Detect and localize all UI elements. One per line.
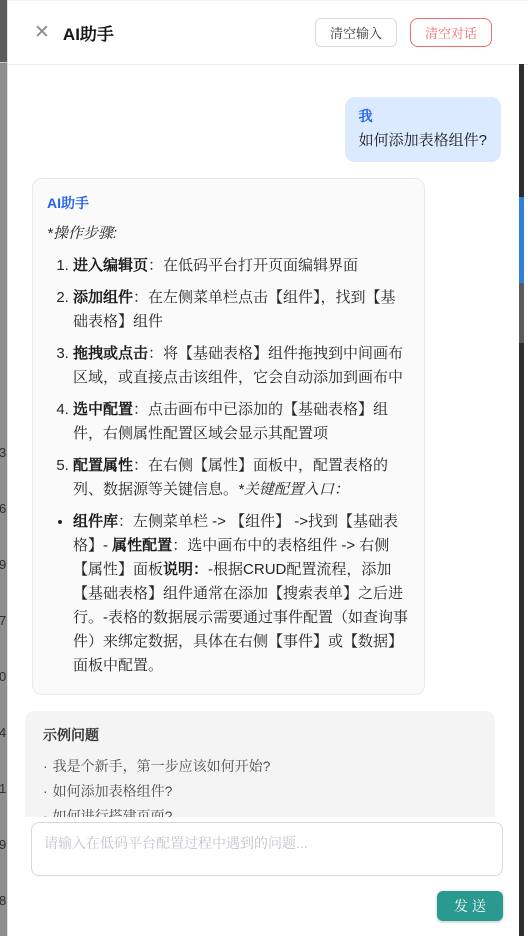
clipped-row-digit: 4 xyxy=(0,726,7,740)
ai-assistant-drawer: ✕ AI助手 清空输入 清空对话 我 如何添加表格组件? AI助手 *操作步骤:… xyxy=(7,0,528,936)
assistant-steps-list: 进入编辑页：在低码平台打开页面编辑界面 添加组件：在左侧菜单栏点击【组件】，找到… xyxy=(47,254,410,502)
step-item: 配置属性：在右侧【属性】面板中，配置表格的列、数据源等关键信息。*关键配置入口： xyxy=(73,454,410,502)
clear-conversation-button[interactable]: 清空对话 xyxy=(410,18,492,47)
example-questions-card: 示例问题 ·我是个新手，第一步应该如何开始? ·如何添加表格组件? ·如何进行搭… xyxy=(25,711,495,817)
example-bullet: · xyxy=(43,808,48,817)
example-question[interactable]: ·我是个新手，第一步应该如何开始? xyxy=(43,757,477,776)
close-icon[interactable]: ✕ xyxy=(34,23,50,42)
underlying-page-left-strip: 3 6 9 7 0 4 1 9 8 xyxy=(0,0,7,936)
example-questions-title: 示例问题 xyxy=(43,725,477,745)
send-row: 发 送 xyxy=(31,891,503,921)
user-message-text: 如何添加表格组件? xyxy=(359,131,487,151)
example-question[interactable]: ·如何添加表格组件? xyxy=(43,782,477,801)
clear-input-button[interactable]: 清空输入 xyxy=(315,18,397,47)
chat-scrollbar[interactable] xyxy=(519,64,524,936)
step-title: 添加组件 xyxy=(73,289,133,306)
composer: 发 送 xyxy=(8,817,528,936)
clipped-row-digit: 6 xyxy=(0,502,7,516)
example-question-text: 我是个新手，第一步应该如何开始? xyxy=(53,758,271,774)
drawer-title: AI助手 xyxy=(63,20,114,45)
header-buttons: 清空输入 清空对话 xyxy=(315,18,492,47)
clipped-row-digit: 0 xyxy=(0,670,7,684)
step-item: 添加组件：在左侧菜单栏点击【组件】，找到【基础表格】组件 xyxy=(73,286,410,334)
example-question-text: 如何进行搭建页面? xyxy=(53,808,173,817)
run-bold: 组件库 xyxy=(73,513,118,530)
example-bullet: · xyxy=(43,758,48,774)
step-item: 拖拽或点击：将【基础表格】组件拖拽到中间画布区域，或直接点击该组件，它会自动添加… xyxy=(73,342,410,390)
clipped-row-digit: 9 xyxy=(0,838,7,852)
step-title: 选中配置 xyxy=(73,401,133,418)
user-message-bubble: 我 如何添加表格组件? xyxy=(345,97,501,162)
chat-message-list[interactable]: 我 如何添加表格组件? AI助手 *操作步骤: 进入编辑页：在低码平台打开页面编… xyxy=(8,65,528,817)
clipped-row-digit: 1 xyxy=(0,782,7,796)
assistant-bullet-list: 组件库：左侧菜单栏 -> 【组件】 ->找到【基础表格】- 属性配置：选中画布中… xyxy=(47,510,410,678)
step-title: 配置属性 xyxy=(73,457,133,474)
clipped-row-digit: 3 xyxy=(0,446,7,460)
example-question-text: 如何添加表格组件? xyxy=(53,783,173,799)
clipped-row-digit: 7 xyxy=(0,614,7,628)
clipped-row-digit: 8 xyxy=(0,894,7,908)
step-item: 进入编辑页：在低码平台打开页面编辑界面 xyxy=(73,254,410,278)
example-question[interactable]: ·如何进行搭建页面? xyxy=(43,807,477,817)
step-title: 进入编辑页 xyxy=(73,257,148,274)
question-input[interactable] xyxy=(31,822,503,876)
scrollbar-track-segment xyxy=(519,283,524,343)
assistant-sender-label: AI助手 xyxy=(47,191,410,215)
example-bullet: · xyxy=(43,783,48,799)
run-bold: 属性配置 xyxy=(112,537,172,554)
user-message-row: 我 如何添加表格组件? xyxy=(8,97,501,162)
clipped-row-digit: 9 xyxy=(0,558,7,572)
underlying-page-header-strip xyxy=(0,0,7,63)
step-title: 拖拽或点击 xyxy=(73,345,148,362)
step-italic-tail: *关键配置入口： xyxy=(238,481,349,498)
bullet-item: 组件库：左侧菜单栏 -> 【组件】 ->找到【基础表格】- 属性配置：选中画布中… xyxy=(73,510,410,678)
user-sender-label: 我 xyxy=(359,106,487,126)
run-bold: 说明： xyxy=(163,561,208,578)
scrollbar-thumb[interactable] xyxy=(519,197,524,283)
assistant-intro-text: *操作步骤: xyxy=(47,222,410,246)
send-button[interactable]: 发 送 xyxy=(437,891,503,921)
step-text: ：在低码平台打开页面编辑界面 xyxy=(148,257,358,274)
assistant-message-bubble: AI助手 *操作步骤: 进入编辑页：在低码平台打开页面编辑界面 添加组件：在左侧… xyxy=(32,178,425,695)
step-item: 选中配置：点击画布中已添加的【基础表格】组件，右侧属性配置区域会显示其配置项 xyxy=(73,398,410,446)
drawer-header: ✕ AI助手 清空输入 清空对话 xyxy=(8,1,528,65)
